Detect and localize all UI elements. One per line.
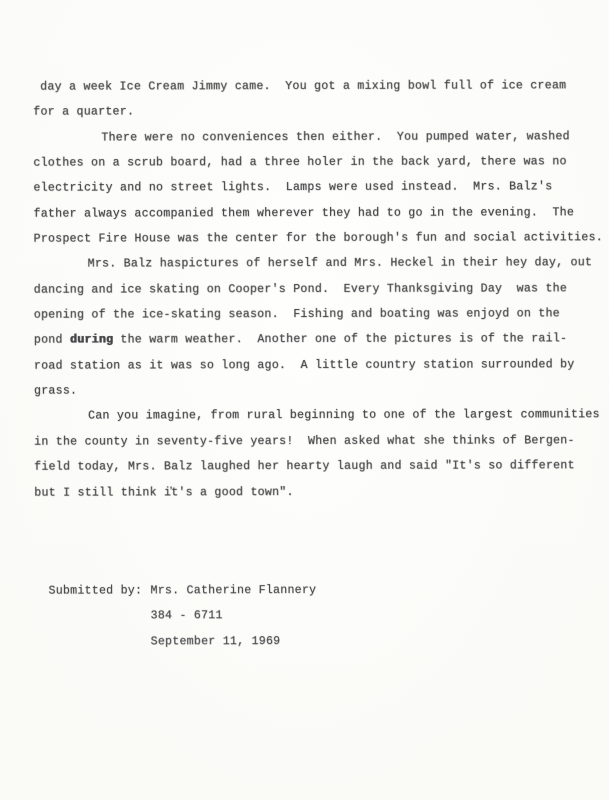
date-row: September 11, 1969: [49, 628, 580, 655]
submitter-name: Mrs. Catherine Flannery: [150, 578, 316, 604]
text-line: Prospect Fire House was the center for t…: [34, 225, 579, 252]
text-line: day a week Ice Cream Jimmy came. You got…: [33, 73, 578, 100]
phone-number: 384 - 6711: [151, 603, 223, 629]
phone-row: 384 - 6711: [49, 602, 580, 629]
text-line: dancing and ice skating on Cooper's Pond…: [34, 276, 579, 303]
scanned-page: day a week Ice Cream Jimmy came. You got…: [0, 0, 609, 800]
submitted-by-row: Submitted by: Mrs. Catherine Flannery: [48, 577, 579, 604]
text-line: field today, Mrs. Balz laughed her heart…: [34, 453, 579, 480]
text-line: but I still think i̓t's a good town".: [34, 479, 579, 506]
text-line: Can you imagine, from rural beginning to…: [34, 403, 579, 430]
text-line: electricity and no street lights. Lamps …: [33, 175, 578, 202]
footer-spacer: [49, 629, 151, 655]
text-line: in the county in seventy-five years! Whe…: [34, 428, 579, 455]
document-page: day a week Ice Cream Jimmy came. You got…: [0, 0, 609, 800]
text-line: There were no conveniences then either. …: [33, 124, 578, 151]
text-line: opening of the ice-skating season. Fishi…: [34, 301, 579, 328]
text-line: clothes on a scrub board, had a three ho…: [33, 149, 578, 176]
date: September 11, 1969: [151, 629, 281, 655]
submission-block: Submitted by: Mrs. Catherine Flannery 38…: [48, 577, 579, 654]
text-line: for a quarter.: [33, 99, 578, 126]
text-line: grass.: [34, 377, 579, 404]
footer-spacer: [49, 604, 151, 630]
letter-body: day a week Ice Cream Jimmy came. You got…: [33, 73, 579, 505]
text-line: Mrs. Balz haspictures of herself and Mrs…: [34, 251, 579, 278]
text-line: father always accompanied them wherever …: [33, 200, 578, 227]
submitted-by-label: Submitted by:: [48, 578, 150, 604]
text-line: pond during the warm weather. Another on…: [34, 327, 579, 354]
text-line: road station as it was so long ago. A li…: [34, 352, 579, 379]
